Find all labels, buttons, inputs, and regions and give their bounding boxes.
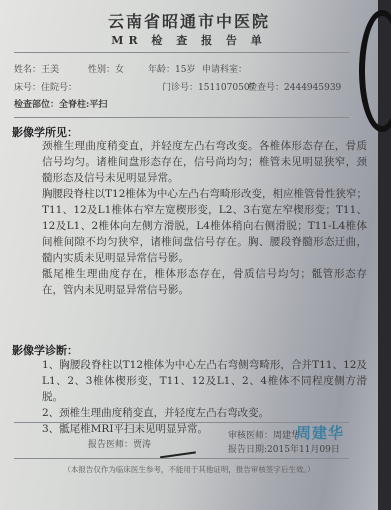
diagnosis-item: 1、胸腰段脊柱以T12椎体为中心左凸右弯侧弯畸形，合并T11、12及L1、2、3…: [12, 357, 367, 405]
reporter-field: 报告医师：贾涛: [88, 437, 151, 450]
exam-no-field: 检查号：2444945939: [248, 80, 341, 93]
diagnosis-title: 影像学诊断：: [12, 342, 78, 358]
report-paper: 云南省昭通市中医院 MR 检 查 报 告 单 姓名：王美 性别：女 年龄：15岁…: [0, 0, 378, 510]
name-field: 姓名：王美: [14, 62, 59, 75]
findings-text: 颈椎生理曲度稍变直，并轻度左凸右弯改变。各椎体形态存在，骨质信号均匀。诸椎间盘形…: [12, 138, 367, 298]
divider: [14, 117, 349, 118]
divider: [14, 458, 349, 459]
diagnosis-item: 2、颈椎生理曲度稍变直，并轻度左凸右弯改变。: [12, 405, 367, 421]
report-date-field: 报告日期:2015年11月09日: [228, 442, 340, 455]
findings-paragraph: 骶尾椎生理曲度存在，椎体形态存在，骨质信号均匀；骶管形态存在，管内未见明显异常信…: [12, 266, 367, 298]
dept-field: 申请科室：: [202, 62, 247, 75]
disclaimer: （本报告仅作为临床医生参考，不能用于其他证明，报告审核签字后生效。）: [0, 464, 378, 475]
age-field: 年龄：15岁: [148, 62, 195, 75]
reviewer-stamp: 周建华: [296, 422, 344, 443]
hospital-name: 云南省昭通市中医院: [0, 9, 378, 32]
divider: [14, 52, 349, 53]
bed-inpatient-field: 床号：住院号：: [14, 80, 77, 93]
outpatient-field: 门诊号：1511070507: [162, 80, 255, 93]
findings-paragraph: 颈椎生理曲度稍变直，并轻度左凸右弯改变。各椎体形态存在，骨质信号均匀。诸椎间盘形…: [12, 138, 367, 186]
exam-site-field: 检查部位：全脊柱:平扫: [14, 97, 107, 110]
report-title: MR 检 查 报 告 单: [0, 32, 378, 48]
findings-paragraph: 胸腰段脊柱以T12椎体为中心左凸右弯畸形改变，相应椎管骨性狭窄；T11、12及L…: [12, 186, 367, 266]
reviewer-field: 审核医师：周建华: [228, 428, 300, 441]
gender-field: 性别：女: [88, 62, 124, 75]
reporter-signature: [156, 424, 196, 459]
